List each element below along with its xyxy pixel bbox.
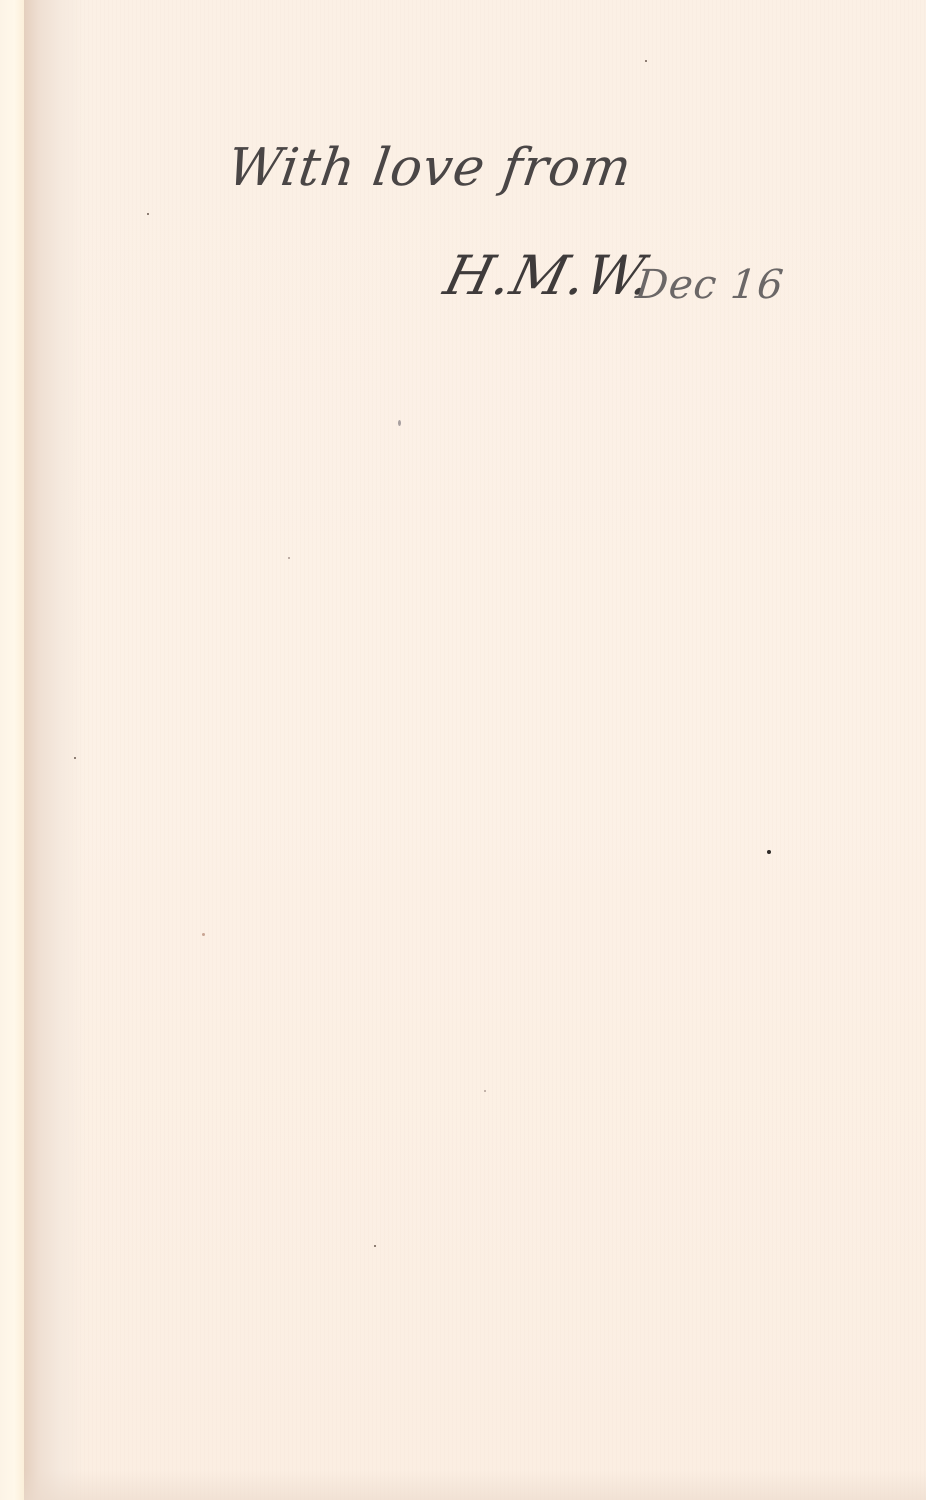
paper-speck bbox=[147, 213, 149, 215]
deckled-bottom-edge bbox=[24, 1470, 926, 1500]
inscription-signature: H.M.W. bbox=[438, 244, 660, 307]
paper-speck bbox=[398, 420, 401, 426]
gutter-shadow bbox=[24, 0, 84, 1500]
inscription-greeting: With love from bbox=[224, 138, 636, 198]
inscription-date: Dec 16 bbox=[634, 262, 787, 308]
paper-speck bbox=[645, 60, 647, 62]
flyleaf-page bbox=[24, 0, 926, 1500]
paper-speck bbox=[484, 1090, 486, 1092]
scanned-page: With love from H.M.W. Dec 16 bbox=[0, 0, 926, 1500]
paper-speck bbox=[202, 933, 205, 936]
paper-speck bbox=[767, 850, 771, 854]
paper-speck bbox=[288, 557, 290, 559]
paper-speck bbox=[374, 1245, 376, 1247]
paper-speck bbox=[74, 757, 76, 759]
gutter-strip bbox=[0, 0, 24, 1500]
